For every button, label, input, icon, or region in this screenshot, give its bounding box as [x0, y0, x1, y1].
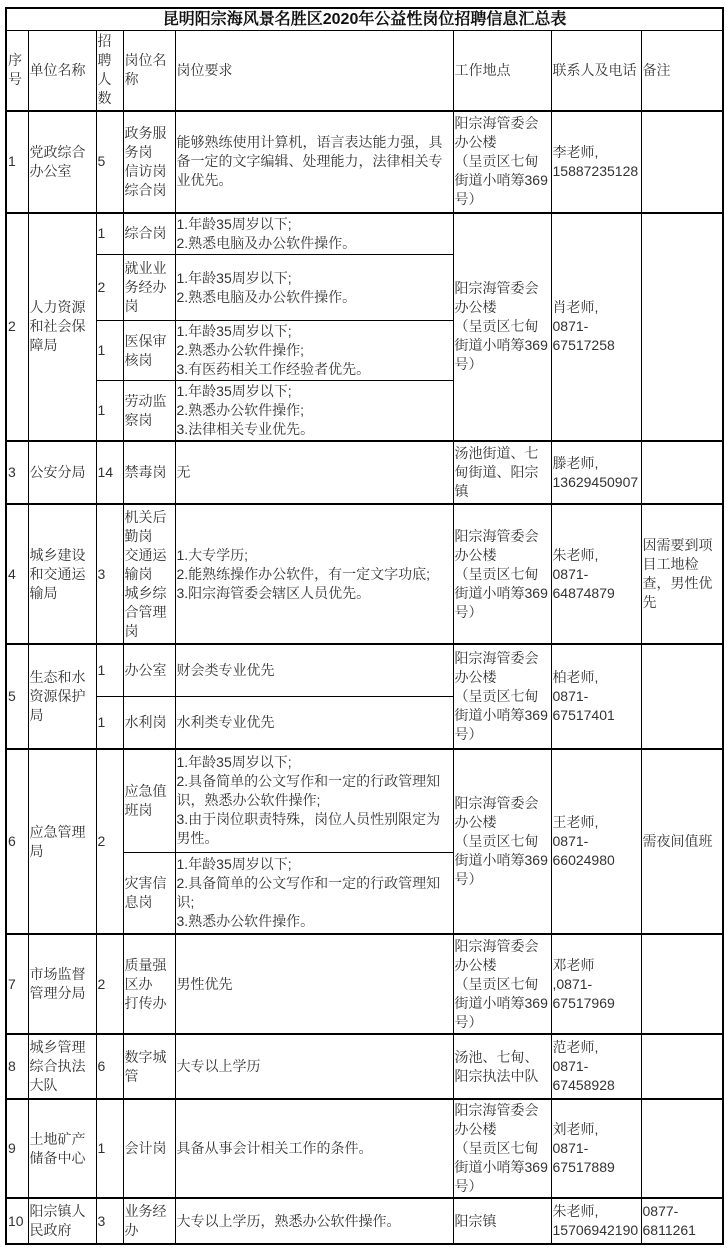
cell-requirements: 男性优先	[175, 934, 453, 1034]
cell-note	[641, 213, 723, 442]
cell-location: 阳宗海管委会办公楼 （呈贡区七甸街道小哨筹369号）	[453, 111, 551, 213]
column-header-requirements: 岗位要求	[175, 31, 453, 111]
column-header-unit: 单位名称	[28, 31, 96, 111]
cell-post-name: 劳动监察岗	[123, 381, 175, 442]
cell-location: 阳宗海管委会办公楼 （呈贡区七甸街道小哨筹369号）	[453, 644, 551, 749]
cell-requirements: 1.年龄35周岁以下; 2.熟悉电脑及办公软件操作。	[175, 213, 453, 255]
cell-post-name: 数字城管	[123, 1034, 175, 1099]
cell-contact: 柏老师, 0871- 67517401	[551, 644, 641, 749]
cell-contact: 邓老师 ,0871- 67517969	[551, 934, 641, 1034]
cell-requirements: 能够熟练使用计算机，语言表达能力强，具备一定的文字编辑、处理能力，法律相关专业优…	[175, 111, 453, 213]
cell-location: 汤池街道、七甸街道、阳宗镇	[453, 441, 551, 504]
cell-location: 汤池、七甸、阳宗执法中队	[453, 1034, 551, 1099]
cell-post-name: 水利岗	[123, 696, 175, 749]
recruitment-summary-table: 昆明阳宗海风景名胜区2020年公益性岗位招聘信息汇总表 序号 单位名称 招聘人数…	[5, 7, 724, 1245]
cell-unit-name: 城乡建设和交通运输局	[28, 504, 96, 644]
column-header-note: 备注	[641, 31, 723, 111]
cell-contact: 滕老师, 13629450907	[551, 441, 641, 504]
cell-requirements: 大专以上学历	[175, 1034, 453, 1099]
cell-unit-name: 阳宗镇人民政府	[28, 1198, 96, 1244]
cell-note	[641, 1099, 723, 1198]
cell-unit-name: 人力资源和社会保障局	[28, 213, 96, 442]
cell-seq: 8	[6, 1034, 28, 1099]
column-header-location: 工作地点	[453, 31, 551, 111]
cell-requirements: 财会类专业优先	[175, 644, 453, 696]
cell-post-name: 灾害信息岗	[123, 852, 175, 934]
cell-requirements: 1.年龄35周岁以下; 2.熟悉办公软件操作; 3.有医药相关工作经验者优先。	[175, 321, 453, 381]
cell-requirements: 大专以上学历，熟悉办公软件操作。	[175, 1198, 453, 1244]
cell-unit-name: 应急管理局	[28, 749, 96, 934]
cell-contact: 肖老师, 0871- 67517258	[551, 213, 641, 442]
cell-count: 1	[96, 381, 123, 442]
cell-contact: 刘老师, 0871- 67517889	[551, 1099, 641, 1198]
cell-location: 阳宗海管委会办公楼 （呈贡区七甸街道小哨筹369号）	[453, 504, 551, 644]
cell-post-name: 禁毒岗	[123, 441, 175, 504]
cell-note: 需夜间值班	[641, 749, 723, 934]
cell-seq: 9	[6, 1099, 28, 1198]
cell-post-name: 机关后勤岗 交通运输岗 城乡综合管理岗	[123, 504, 175, 644]
cell-location: 阳宗海管委会办公楼 （呈贡区七甸街道小哨筹369号）	[453, 934, 551, 1034]
cell-count: 6	[96, 1034, 123, 1099]
cell-requirements: 1.年龄35周岁以下; 2.具备简单的公文写作和一定的行政管理知识; 3.熟悉办…	[175, 852, 453, 934]
cell-unit-name: 土地矿产储备中心	[28, 1099, 96, 1198]
cell-post-name: 业务经办	[123, 1198, 175, 1244]
cell-post-name: 综合岗	[123, 213, 175, 255]
cell-contact: 朱老师, 15706942190	[551, 1198, 641, 1244]
column-header-count: 招聘人数	[96, 31, 123, 111]
cell-count: 3	[96, 504, 123, 644]
cell-post-name: 政务服务岗 信访岗 综合岗	[123, 111, 175, 213]
column-header-contact: 联系人及电话	[551, 31, 641, 111]
cell-post-name: 会计岗	[123, 1099, 175, 1198]
cell-count: 5	[96, 111, 123, 213]
cell-unit-name: 城乡管理综合执法大队	[28, 1034, 96, 1099]
cell-requirements: 具备从事会计相关工作的条件。	[175, 1099, 453, 1198]
cell-requirements: 1.年龄35周岁以下; 2.熟悉办公软件操作; 3.法律相关专业优先。	[175, 381, 453, 442]
cell-post-name: 就业业务经办岗	[123, 255, 175, 321]
cell-unit-name: 公安分局	[28, 441, 96, 504]
cell-count: 1	[96, 1099, 123, 1198]
column-header-post: 岗位名称	[123, 31, 175, 111]
cell-requirements: 1.年龄35周岁以下; 2.熟悉电脑及办公软件操作。	[175, 255, 453, 321]
cell-count: 1	[96, 696, 123, 749]
column-header-seq: 序号	[6, 31, 28, 111]
cell-seq: 5	[6, 644, 28, 749]
cell-post-name: 医保审核岗	[123, 321, 175, 381]
cell-count: 1	[96, 213, 123, 255]
cell-count: 3	[96, 1198, 123, 1244]
cell-note: 因需要到项目工地检查，男性优先	[641, 504, 723, 644]
cell-contact: 朱老师, 0871- 64874879	[551, 504, 641, 644]
cell-count: 2	[96, 255, 123, 321]
cell-requirements: 1.大专学历; 2.能熟练操作办公软件，有一定文字功底; 3.阳宗海管委会辖区人…	[175, 504, 453, 644]
cell-location: 阳宗镇	[453, 1198, 551, 1244]
cell-post-name: 办公室	[123, 644, 175, 696]
cell-seq: 7	[6, 934, 28, 1034]
cell-note: 0877- 6811261	[641, 1198, 723, 1244]
cell-location: 阳宗海管委会办公楼 （呈贡区七甸街道小哨筹369号）	[453, 749, 551, 934]
cell-note	[641, 644, 723, 749]
cell-unit-name: 党政综合办公室	[28, 111, 96, 213]
cell-count: 1	[96, 321, 123, 381]
cell-count: 2	[96, 749, 123, 934]
cell-location: 阳宗海管委会办公楼 （呈贡区七甸街道小哨筹369号）	[453, 213, 551, 442]
cell-count: 14	[96, 441, 123, 504]
cell-contact: 李老师, 15887235128	[551, 111, 641, 213]
cell-seq: 6	[6, 749, 28, 934]
cell-requirements: 水利类专业优先	[175, 696, 453, 749]
cell-requirements: 1.年龄35周岁以下; 2.具备简单的公文写作和一定的行政管理知识，熟悉办公软件…	[175, 749, 453, 852]
table-title: 昆明阳宗海风景名胜区2020年公益性岗位招聘信息汇总表	[6, 8, 723, 31]
cell-requirements: 无	[175, 441, 453, 504]
cell-unit-name: 生态和水资源保护局	[28, 644, 96, 749]
cell-note	[641, 441, 723, 504]
cell-location: 阳宗海管委会办公楼 （呈贡区七甸街道小哨筹369号）	[453, 1099, 551, 1198]
cell-seq: 3	[6, 441, 28, 504]
cell-count: 2	[96, 934, 123, 1034]
cell-note	[641, 111, 723, 213]
cell-seq: 10	[6, 1198, 28, 1244]
cell-contact: 范老师, 0871- 67458928	[551, 1034, 641, 1099]
cell-post-name: 质量强区办 打传办	[123, 934, 175, 1034]
cell-seq: 1	[6, 111, 28, 213]
cell-unit-name: 市场监督管理分局	[28, 934, 96, 1034]
cell-contact: 王老师, 0871- 66024980	[551, 749, 641, 934]
cell-note	[641, 934, 723, 1034]
cell-note	[641, 1034, 723, 1099]
cell-seq: 2	[6, 213, 28, 442]
cell-post-name: 应急值班岗	[123, 749, 175, 852]
cell-count: 1	[96, 644, 123, 696]
cell-seq: 4	[6, 504, 28, 644]
